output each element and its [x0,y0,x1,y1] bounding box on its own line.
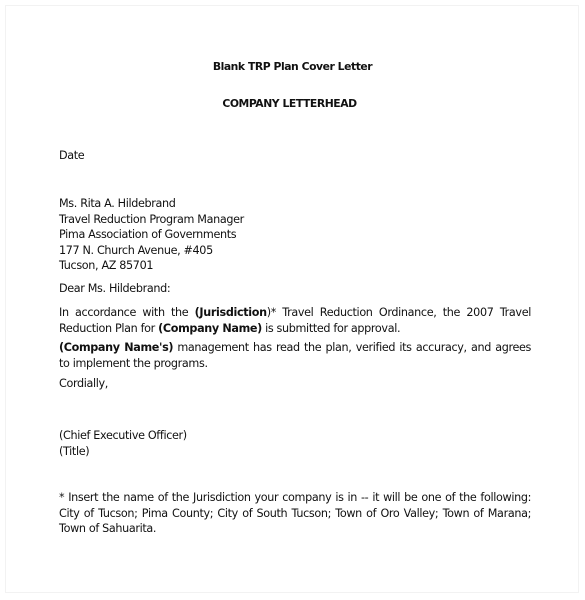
recipient-street: 177 N. Church Avenue, #405 [59,243,213,259]
recipient-organization: Pima Association of Governments [59,227,236,243]
paragraph-submission-suffix: is submitted for approval. [262,322,400,335]
salutation: Dear Ms. Hildebrand: [59,281,170,297]
signature-name-placeholder: (Chief Executive Officer) [59,428,187,444]
recipient-name: Ms. Rita A. Hildebrand [59,196,176,212]
footnote: * Insert the name of the Jurisdiction yo… [59,490,531,537]
recipient-position: Travel Reduction Program Manager [59,212,244,228]
document-title: Blank TRP Plan Cover Letter [0,60,585,73]
letterhead-placeholder: COMPANY LETTERHEAD [0,97,582,110]
date-placeholder: Date [59,148,84,164]
paragraph-verification: (Company Name's) management has read the… [59,340,531,371]
company-name-possessive-placeholder: (Company Name's) [59,341,173,354]
paragraph-submission: In accordance with the (Jurisdiction)* T… [59,305,531,336]
company-name-placeholder: (Company Name) [158,322,262,335]
closing: Cordially, [59,376,108,392]
paragraph-submission-prefix: In accordance with the [59,306,195,319]
signature-title-placeholder: (Title) [59,444,89,460]
jurisdiction-placeholder: (Jurisdiction [195,306,267,319]
recipient-city-state-zip: Tucson, AZ 85701 [59,258,153,274]
